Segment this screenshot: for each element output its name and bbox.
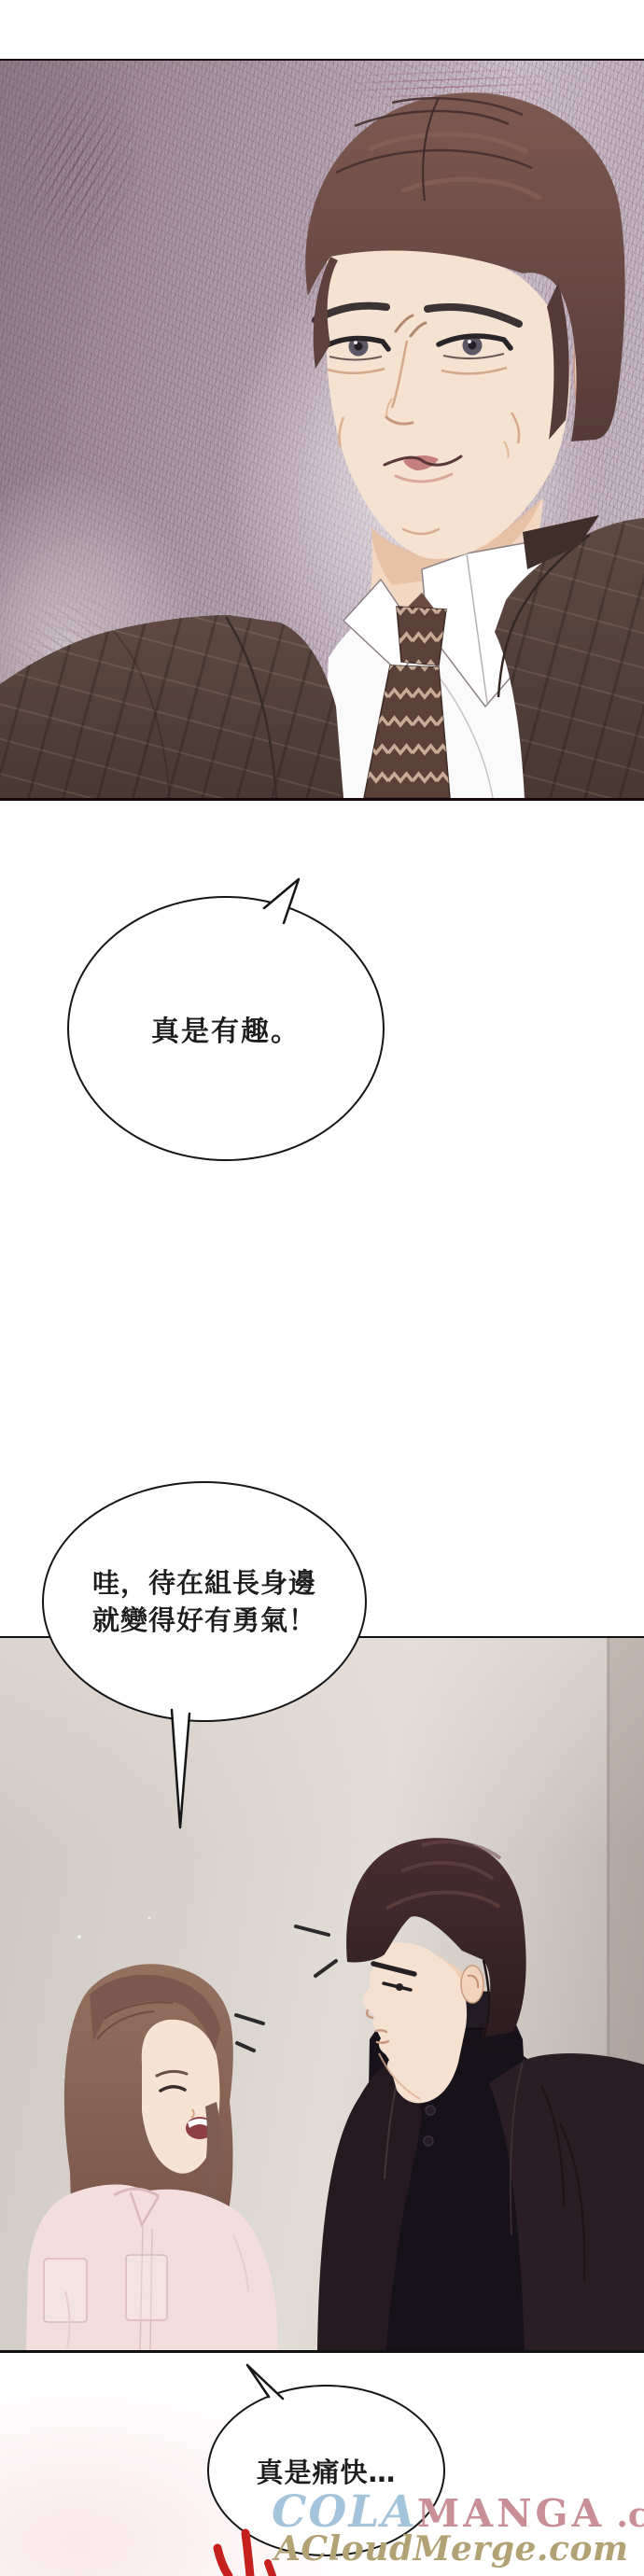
watermark-acloudmerge: ACloudMerge.com (274, 2529, 628, 2569)
speech-bubble-1-text: 真是有趣。 (151, 1008, 301, 1049)
red-laugh-strokes (201, 2520, 285, 2576)
scene-illustration (0, 1638, 644, 2350)
speech-bubble-1: 真是有趣。 (67, 896, 385, 1161)
speech-bubble-2-line1: 哇，待在組長身邊 (92, 1564, 316, 1602)
speech-bubble-2-tail (163, 1699, 201, 1839)
man-portrait-illustration (0, 61, 644, 798)
speech-bubble-2: 哇，待在組長身邊 就變得好有勇氣！ (42, 1481, 367, 1722)
panel-scene (0, 1636, 644, 2353)
speech-bubble-1-tail (257, 871, 313, 929)
speech-bubble-2-line2: 就變得好有勇氣！ (92, 1602, 316, 1639)
speech-bubble-3-tail (233, 2352, 289, 2408)
panel-portrait (0, 59, 644, 801)
comic-page: 真是有趣。 哇，待在組長身邊 就變得好有勇氣！ (0, 0, 644, 2576)
speech-bubble-3-text: 真是痛快… (256, 2452, 396, 2490)
